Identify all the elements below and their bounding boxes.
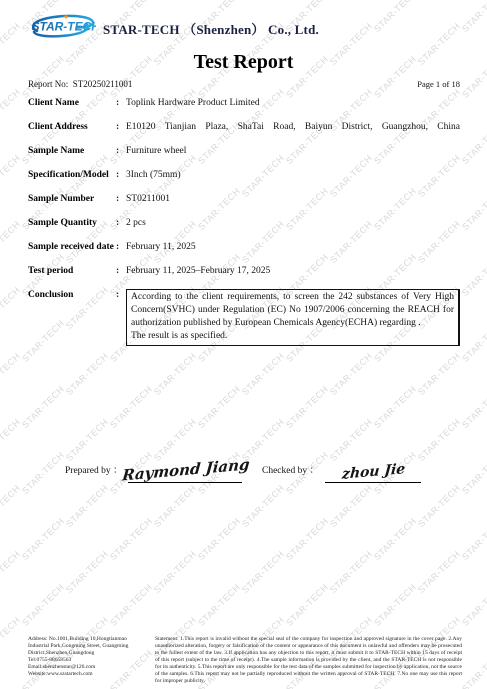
footer-address: Address: No.1001,Building 10,Hongtianmao…	[28, 636, 146, 657]
field-colon: :	[116, 97, 126, 110]
field-label: Sample received date	[28, 241, 116, 254]
conclusion-label: Conclusion	[28, 289, 116, 302]
report-number-value: ST20250211001	[73, 79, 133, 89]
report-header: STAR-TECH STAR-TECH （Shenzhen） Co., Ltd.	[28, 12, 460, 44]
checked-signature-line: zhou Jie	[325, 448, 421, 483]
report-number-label: Report No:	[28, 79, 68, 89]
footer-tel: Tel:0755-88658563	[28, 657, 146, 664]
field-value: February 11, 2025	[126, 241, 460, 254]
star-tech-logo-icon: STAR-TECH	[28, 12, 96, 45]
field-label: Client Address	[28, 121, 116, 134]
page-title: Test Report	[0, 51, 487, 74]
report-number: Report No: ST20250211001	[28, 79, 132, 89]
field-label: Sample Quantity	[28, 217, 116, 230]
conclusion-text: According to the client requirements, to…	[131, 291, 454, 330]
prepared-by-label: Prepared by ：	[65, 462, 123, 476]
field-row-client-name: Client Name : Toplink Hardware Product L…	[28, 97, 460, 110]
conclusion-result: The result is as specified.	[131, 330, 454, 343]
field-row-sample-quantity: Sample Quantity : 2 pcs	[28, 217, 460, 230]
field-colon: :	[116, 265, 126, 278]
field-colon: :	[116, 217, 126, 230]
field-value: E10120 Tianjian Plaza, ShaTai Road, Baiy…	[126, 121, 460, 134]
field-label: Sample Number	[28, 193, 116, 206]
footer-contact: Address: No.1001,Building 10,Hongtianmao…	[28, 636, 146, 685]
field-colon: :	[116, 145, 126, 158]
conclusion-box: According to the client requirements, to…	[126, 289, 460, 346]
field-value: Toplink Hardware Product Limited	[126, 97, 460, 110]
report-content: STAR-TECH STAR-TECH （Shenzhen） Co., Ltd.…	[0, 0, 487, 689]
field-colon: :	[116, 289, 126, 302]
footer-statement: Statement: 1.This report is invalid with…	[155, 636, 462, 685]
field-colon: :	[116, 241, 126, 254]
prepared-signature-line: Raymond Jiang	[128, 440, 242, 483]
page-number: Page 1 of 18	[417, 79, 460, 89]
field-row-specification-model: Specification/Model : 3Inch (75mm)	[28, 169, 460, 182]
field-row-sample-received-date: Sample received date : February 11, 2025	[28, 241, 460, 254]
field-row-sample-name: Sample Name : Furniture wheel	[28, 145, 460, 158]
field-colon: :	[116, 169, 126, 182]
test-report-page: STAR-TECHSTAR-TECHSTAR-TECHSTAR-TECHSTAR…	[0, 0, 487, 689]
field-label: Client Name	[28, 97, 116, 110]
field-label: Specification/Model	[28, 169, 116, 182]
svg-text:STAR-TECH: STAR-TECH	[32, 19, 97, 33]
report-fields: Client Name : Toplink Hardware Product L…	[28, 97, 460, 357]
field-value: Furniture wheel	[126, 145, 460, 158]
field-label: Sample Name	[28, 145, 116, 158]
checked-signature: zhou Jie	[341, 461, 406, 485]
report-number-row: Report No: ST20250211001 Page 1 of 18	[28, 79, 460, 89]
conclusion-row: Conclusion : According to the client req…	[28, 289, 460, 346]
field-label: Test period	[28, 265, 116, 278]
field-row-sample-number: Sample Number : ST0211001	[28, 193, 460, 206]
prepared-signature: Raymond Jiang	[121, 455, 250, 487]
field-row-test-period: Test period : February 11, 2025–February…	[28, 265, 460, 278]
checked-by-label: Checked by ：	[262, 462, 319, 476]
field-value: 2 pcs	[126, 217, 460, 230]
field-colon: :	[116, 121, 126, 134]
field-value: ST0211001	[126, 193, 460, 206]
field-row-client-address: Client Address : E10120 Tianjian Plaza, …	[28, 121, 460, 134]
company-name: STAR-TECH （Shenzhen） Co., Ltd.	[103, 19, 319, 38]
field-value: February 11, 2025–February 17, 2025	[126, 265, 460, 278]
footer-website: Website:www.szstartech.com	[28, 671, 146, 678]
field-colon: :	[116, 193, 126, 206]
footer-email: Email:shenzhenstar@126.com	[28, 664, 146, 671]
report-footer: Address: No.1001,Building 10,Hongtianmao…	[28, 636, 462, 685]
field-value: 3Inch (75mm)	[126, 169, 460, 182]
